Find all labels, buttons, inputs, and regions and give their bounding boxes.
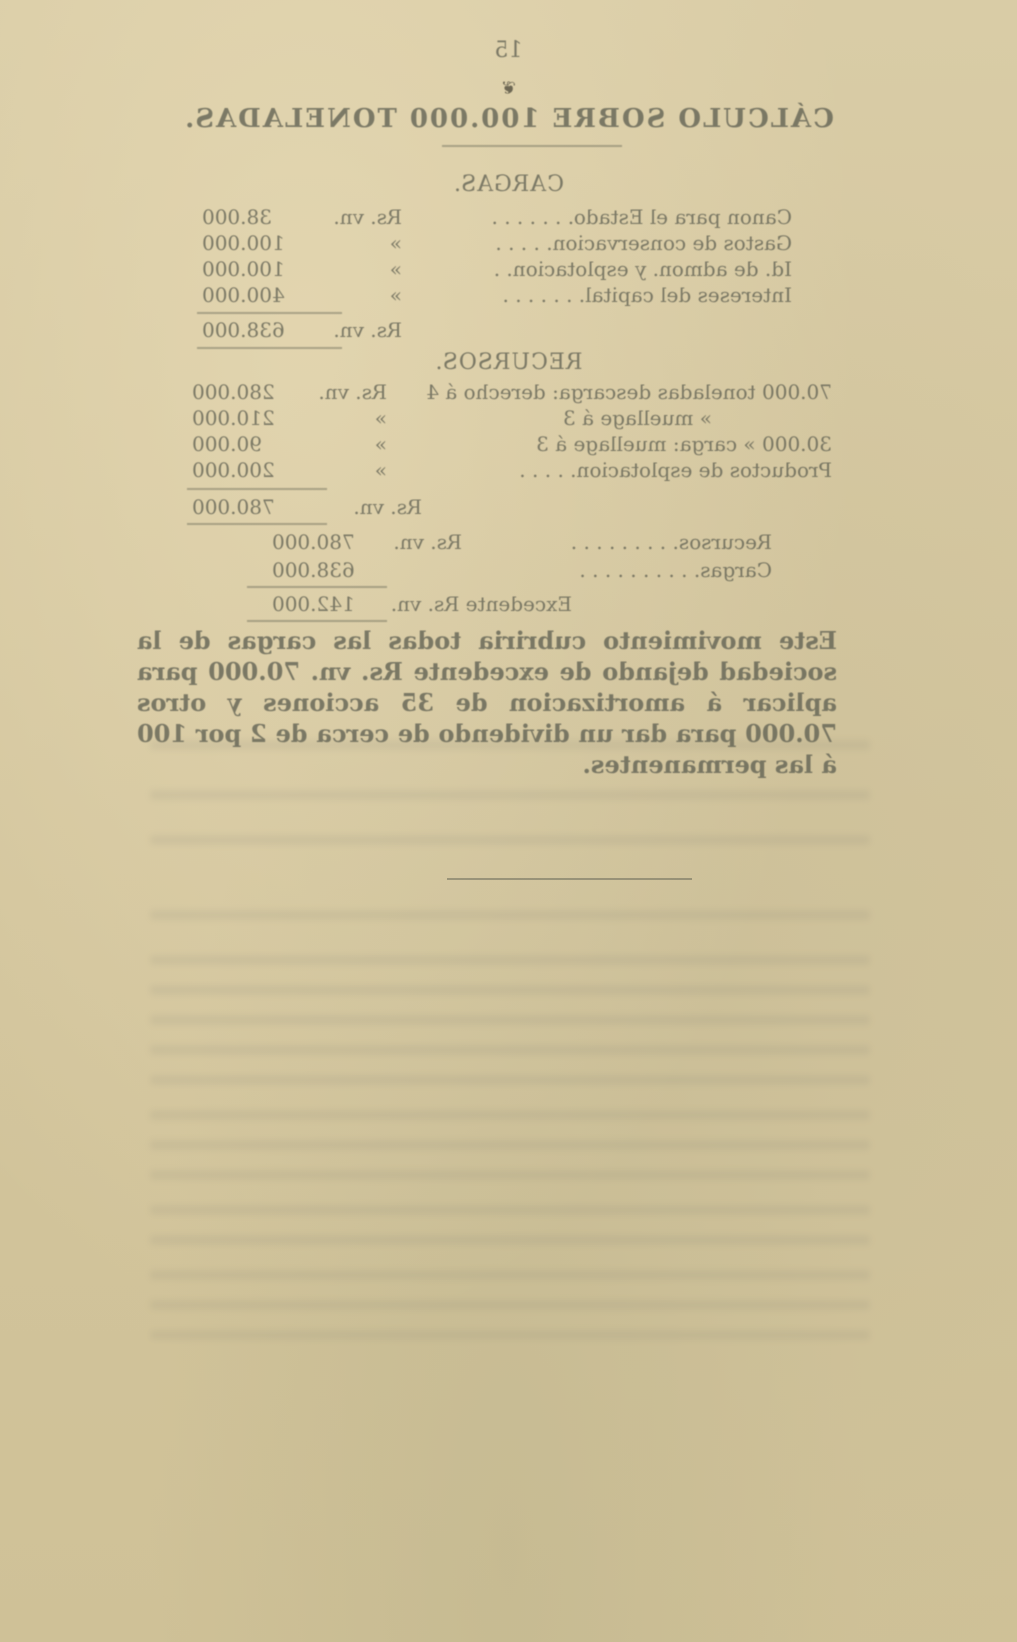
- ghost-text-line: [150, 1015, 870, 1025]
- balance-row: Cargas. . . . . . . . . . 638.000: [172, 558, 772, 584]
- sum-rule: [197, 312, 342, 314]
- ghost-text-line: [150, 1330, 870, 1340]
- cargas-row: Id. de admon. y esplotacion. . » 100.000: [192, 257, 792, 283]
- sum-rule: [187, 523, 327, 525]
- recursos-heading: RECURSOS.: [0, 350, 1017, 375]
- ghost-text-line: [150, 1110, 870, 1120]
- sum-rule: [247, 620, 387, 622]
- ghost-text-line: [150, 955, 870, 965]
- cargas-row: Canon para el Estado. . . . . . . Rs. vn…: [192, 205, 792, 231]
- section-divider: [447, 878, 692, 880]
- cargas-row: Gastos de conservacion. . . . . » 100.00…: [192, 231, 792, 257]
- ghost-text-line: [150, 1205, 870, 1215]
- scanned-page: 15 ❦ CÁLCULO SOBRE 100.000 TONELADAS. CA…: [0, 0, 1017, 1642]
- ghost-text-line: [150, 1235, 870, 1245]
- sum-rule: [197, 347, 342, 349]
- cargas-heading: CARGAS.: [0, 172, 1017, 197]
- ghost-text-line: [150, 1270, 870, 1280]
- title-rule: [442, 145, 622, 147]
- recursos-total: Rs. vn. 780.000: [182, 495, 832, 521]
- ghost-text-line: [150, 835, 870, 845]
- summary-paragraph: Este movimiento cubriria todas las carga…: [137, 625, 837, 780]
- sum-rule: [247, 586, 387, 588]
- balance-row: Recursos. . . . . . . . . Rs. vn. 780.00…: [172, 530, 772, 556]
- ghost-text-line: [150, 790, 870, 800]
- sum-rule: [187, 488, 327, 490]
- recursos-row: Productos de esplotacion. . . . . » 200.…: [182, 458, 832, 484]
- ghost-text-line: [150, 1045, 870, 1055]
- ornament-icon: ❦: [0, 78, 1017, 99]
- ghost-text-line: [150, 1075, 870, 1085]
- cargas-total: Rs. vn. 638.000: [192, 318, 792, 344]
- ghost-text-line: [150, 1140, 870, 1150]
- recursos-row: » muellage á 3 » 210.000: [182, 406, 832, 432]
- recursos-row: 30.000 » carga: muellage á 3 » 90.000: [182, 432, 832, 458]
- ghost-text-line: [150, 985, 870, 995]
- recursos-row: 70.000 toneladas descarga: derecho á 4 R…: [182, 380, 832, 406]
- excedente-row: Excedente Rs. vn. 142.000: [172, 592, 772, 618]
- ghost-text-line: [150, 910, 870, 920]
- ghost-text-line: [150, 1300, 870, 1310]
- cargas-row: Intereses del capital. . . . . . . » 400…: [192, 283, 792, 309]
- page-title: CÁLCULO SOBRE 100.000 TONELADAS.: [0, 104, 1017, 134]
- page-number: 15: [0, 38, 1017, 63]
- ghost-text-line: [150, 1170, 870, 1180]
